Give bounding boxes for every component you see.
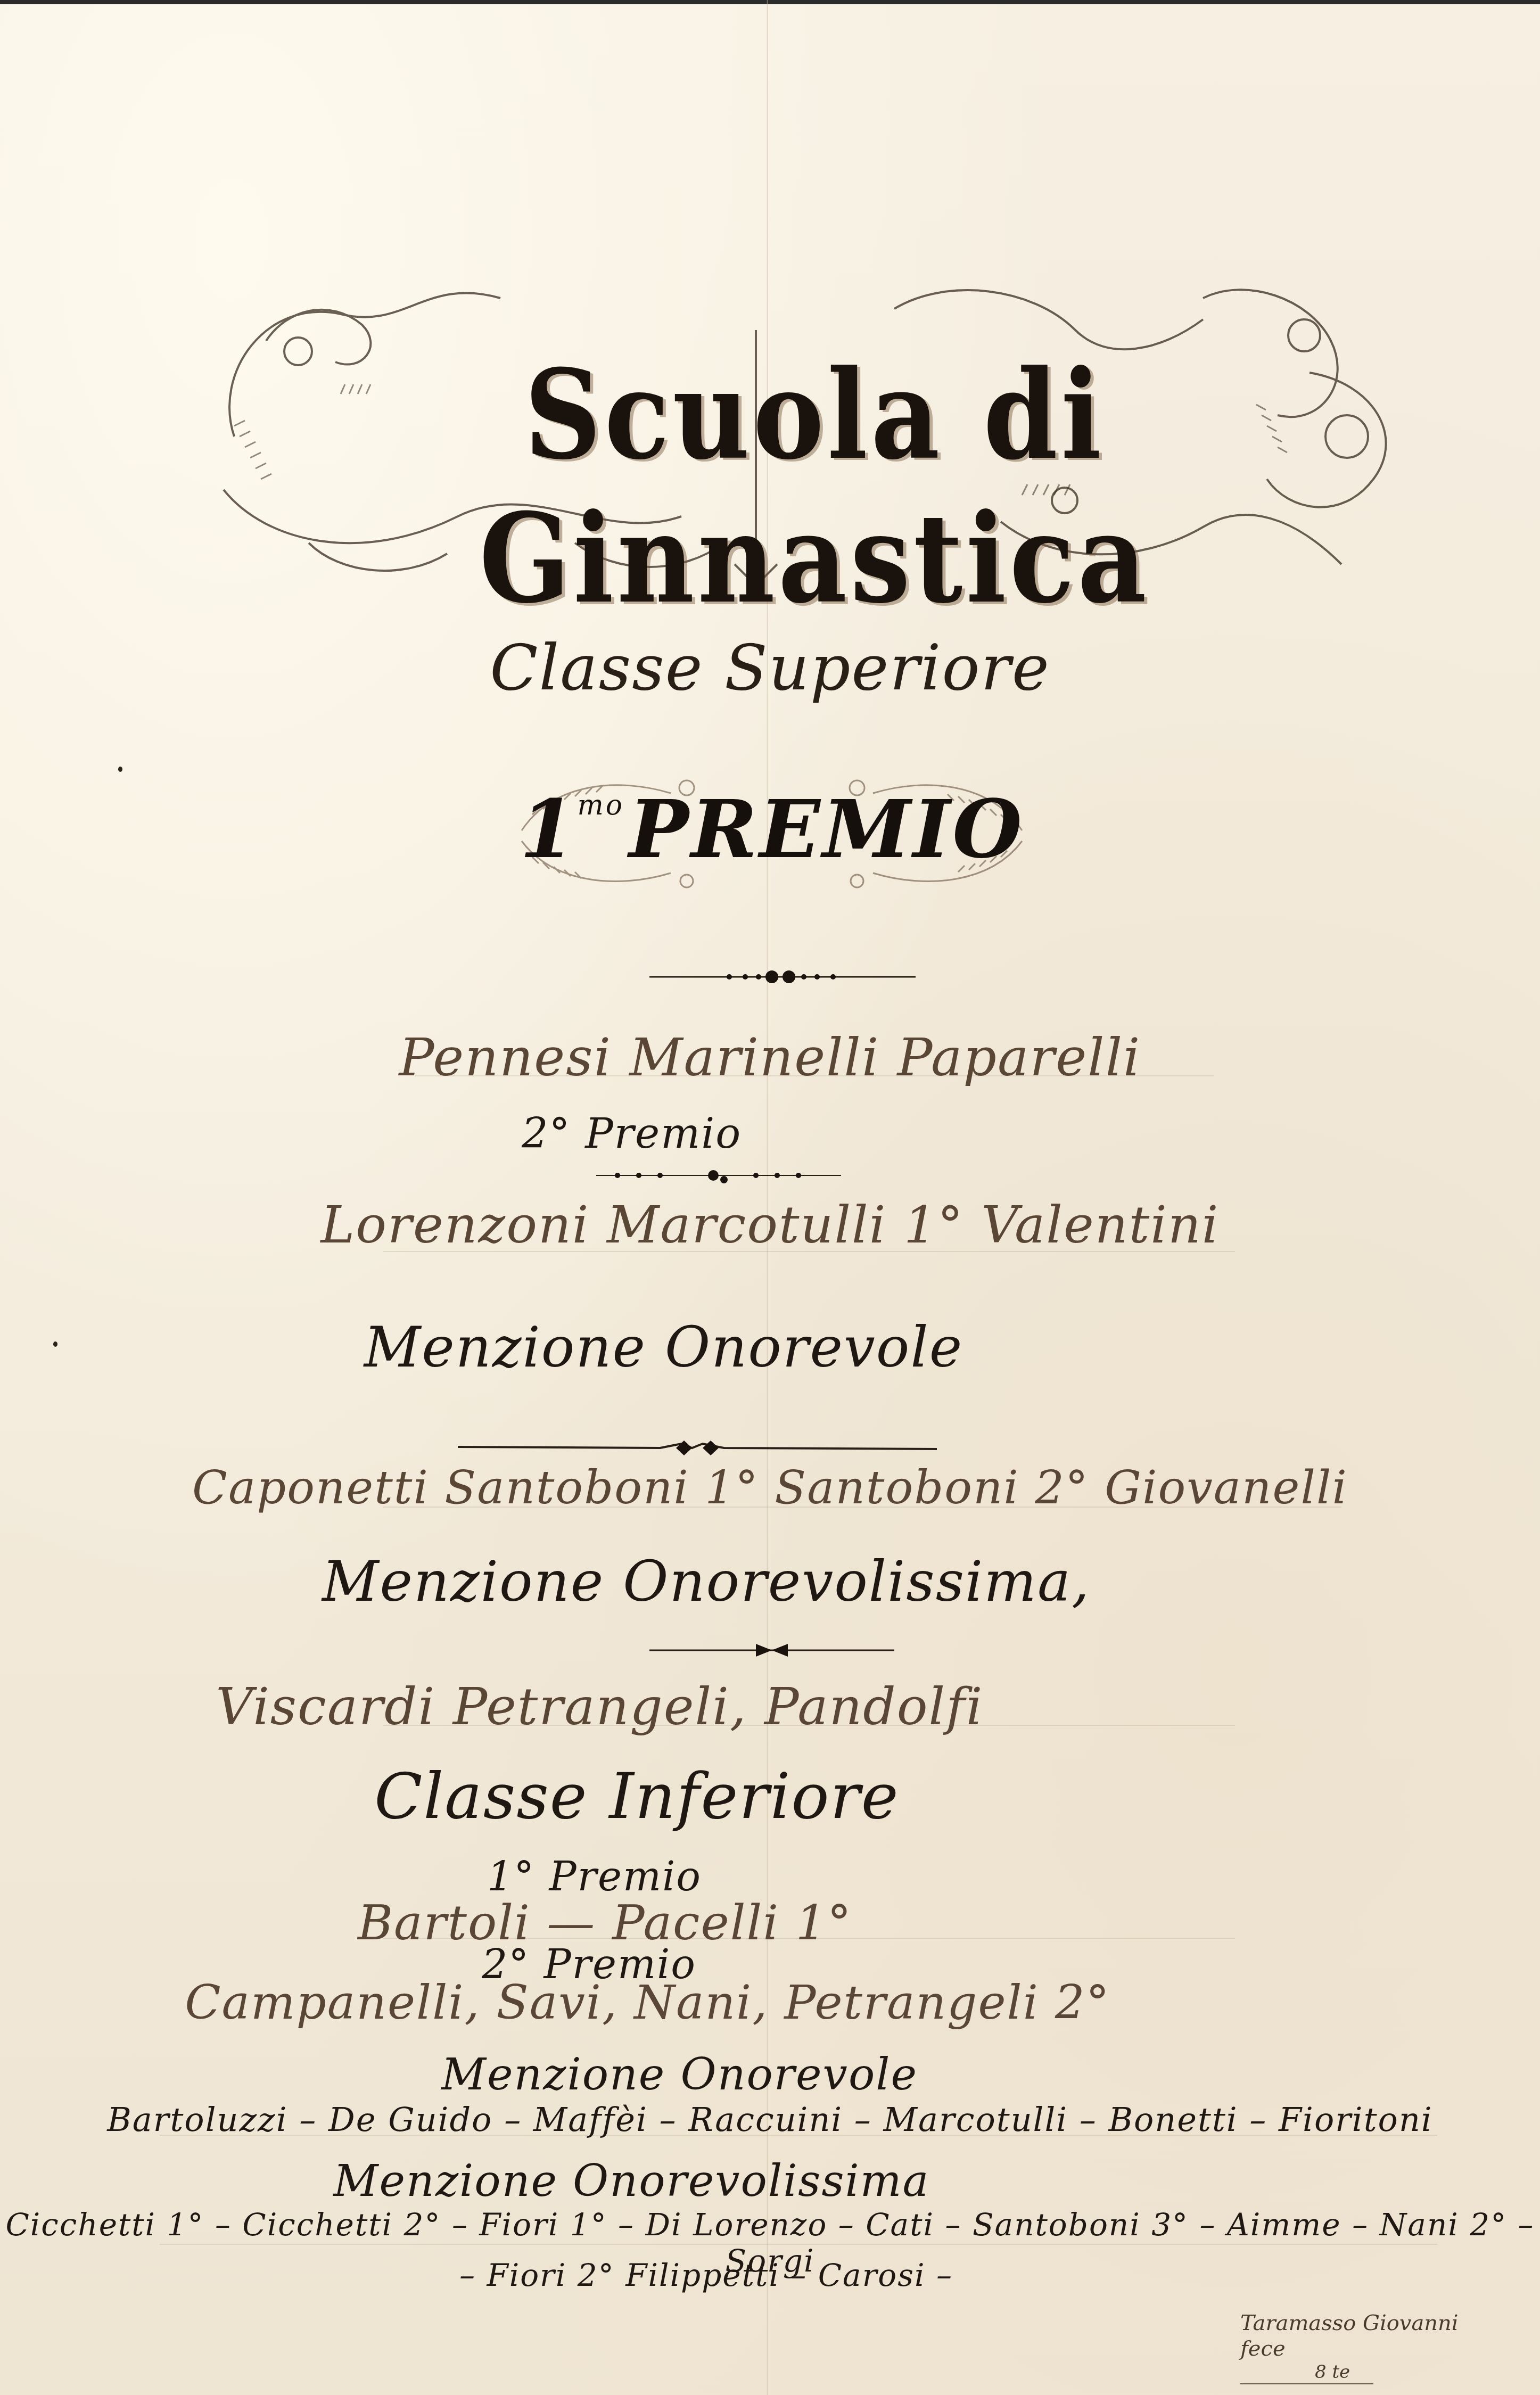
primo-premio-heading: 1moPREMIO [511, 783, 1033, 876]
section-heading-classe-inferiore: Classe Inferiore [0, 1759, 1407, 1833]
premio-ordinal: 1 [520, 783, 577, 876]
scan-edge [0, 0, 1540, 4]
premio-label: PREMIO [629, 783, 1024, 876]
signature-name: Taramasso Giovanni fece [1240, 2311, 1459, 2361]
beaded-divider-icon [649, 969, 916, 985]
menzione-onorevolissima-names: Viscardi Petrangeli, Pandolfi [0, 1677, 1370, 1736]
inferiore-menzione-onorevolissima-names-line-2: – Fiori 2° Filippetti – Carosi – [0, 2257, 1476, 2293]
primo-premio-names: Pennesi Marinelli Paparelli [0, 1027, 1540, 1088]
inferiore-menzione-onorevolissima-heading: Menzione Onorevolissima [0, 2156, 1402, 2207]
ink-spot [118, 767, 122, 772]
secondo-premio-heading: 2° Premio [0, 1110, 1402, 1158]
inferiore-secondo-premio-names: Campanelli, Savi, Nani, Petrangeli 2° [0, 1975, 1418, 2030]
diamond-divider-icon [458, 1437, 937, 1459]
document-header: Scuola di Ginnastica [202, 266, 1427, 586]
ink-spot [53, 1341, 57, 1347]
signature-note: 8 te [1240, 2361, 1373, 2384]
signature: Taramasso Giovanni fece 8 te [1240, 2310, 1496, 2384]
primo-premio-banner: 1moPREMIO [511, 761, 1033, 900]
inferiore-primo-premio-heading: 1° Premio [0, 1853, 1364, 1900]
premio-ordinal-suffix: mo [578, 789, 625, 821]
menzione-onorevole-names: Caponetti Santoboni 1° Santoboni 2° Giov… [0, 1461, 1540, 1515]
inferiore-menzione-onorevole-heading: Menzione Onorevole [0, 2050, 1450, 2100]
menzione-onorevole-heading: Menzione Onorevole [0, 1315, 1434, 1380]
menzione-onorevolissima-heading: Menzione Onorevolissima, [0, 1549, 1476, 1614]
inferiore-menzione-onorevole-names: Bartoluzzi – De Guido – Maffèi – Raccuin… [0, 2100, 1540, 2139]
document-title: Scuola di Ginnastica [202, 343, 1427, 631]
beaded-divider-icon [596, 1166, 841, 1187]
section-heading-classe-superiore: Classe Superiore [0, 631, 1540, 704]
secondo-premio-names: Lorenzoni Marcotulli 1° Valentini [0, 1195, 1540, 1255]
bow-divider-icon [649, 1640, 894, 1661]
